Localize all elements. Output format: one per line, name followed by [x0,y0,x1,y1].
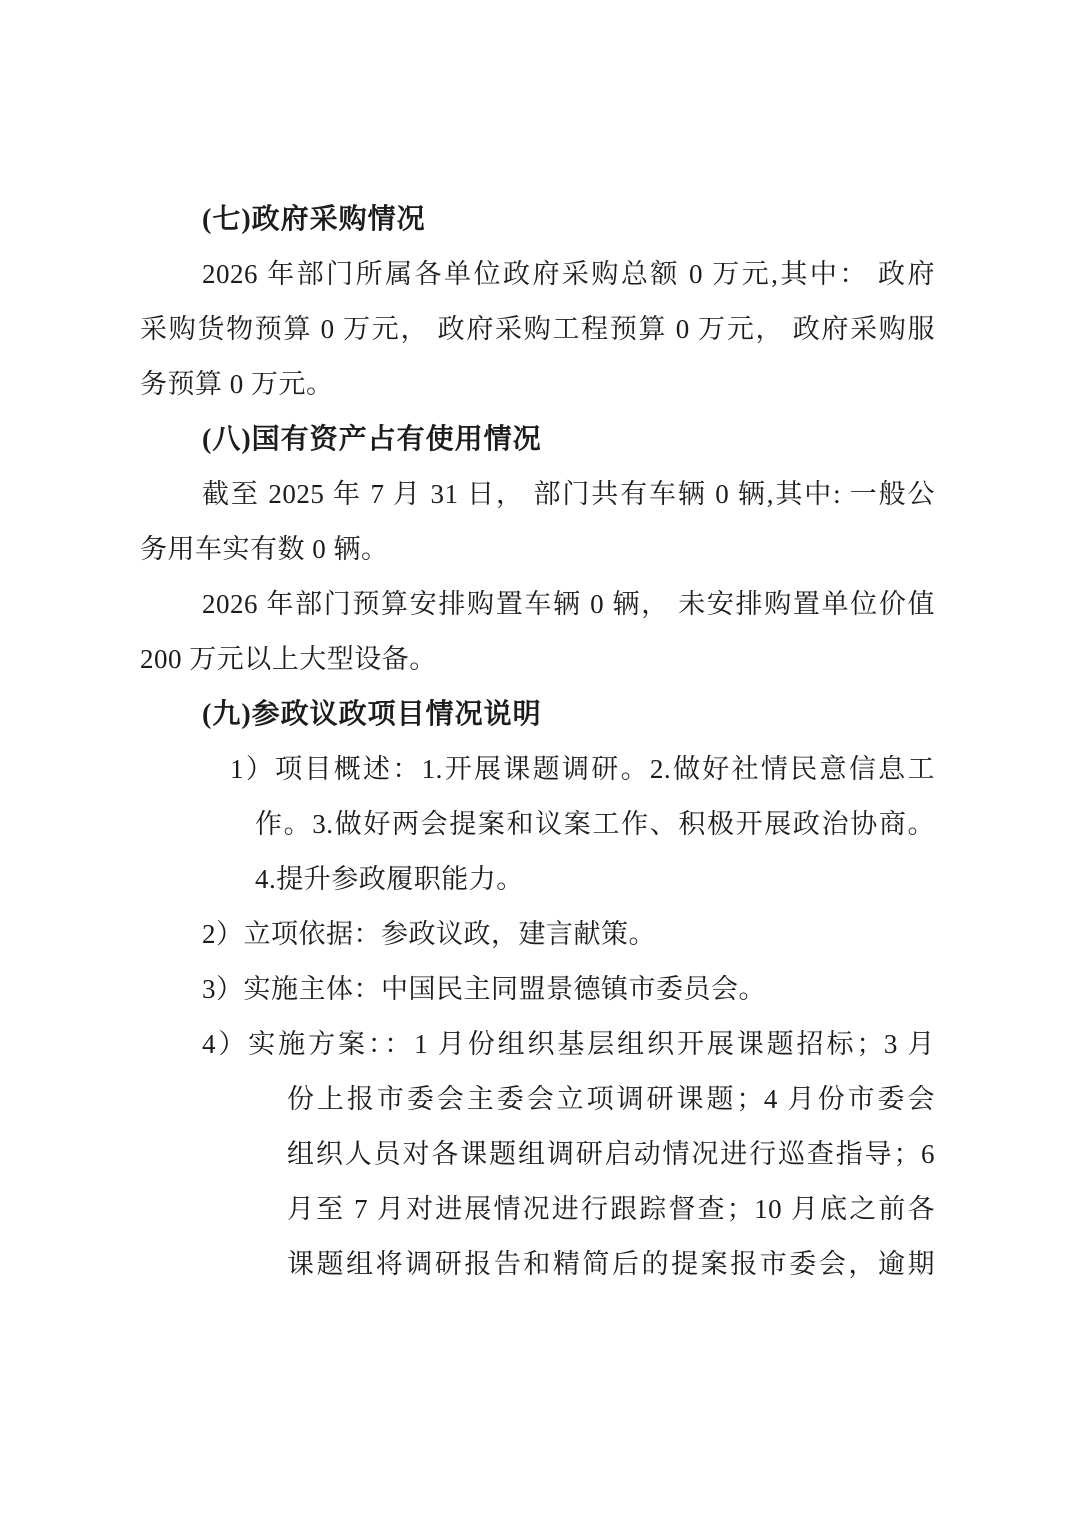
list-item-2-line: 2）立项依据：参政议政，建言献策。 [202,907,935,962]
paragraph-line: 2026 年部门预算安排购置车辆 0 辆， 未安排购置单位价值 [202,577,935,632]
document-body: (七)政府采购情况 2026 年部门所属各单位政府采购总额 0 万元,其中： 政… [140,192,935,1292]
paragraph-line: 200 万元以上大型设备。 [140,632,935,687]
list-item-1-line: 作。3.做好两会提案和议案工作、积极开展政治协商。 [255,797,935,852]
document-page: (七)政府采购情况 2026 年部门所属各单位政府采购总额 0 万元,其中： 政… [0,0,1074,1520]
list-item-4-line: 月至 7 月对进展情况进行跟踪督查；10 月底之前各 [287,1182,935,1237]
list-item-3-line: 3）实施主体：中国民主同盟景德镇市委员会。 [202,962,935,1017]
list-item-4-line: 组织人员对各课题组调研启动情况进行巡查指导；6 [287,1127,935,1182]
paragraph-line: 截至 2025 年 7 月 31 日， 部门共有车辆 0 辆,其中: 一般公 [202,467,935,522]
list-item-4-line: 份上报市委会主委会立项调研课题；4 月份市委会 [287,1072,935,1127]
list-item-4-line: 课题组将调研报告和精简后的提案报市委会，逾期 [287,1237,935,1292]
paragraph-line: 采购货物预算 0 万元， 政府采购工程预算 0 万元， 政府采购服 [140,302,935,357]
paragraph-line: 2026 年部门所属各单位政府采购总额 0 万元,其中： 政府 [202,247,935,302]
paragraph-line: 务用车实有数 0 辆。 [140,522,935,577]
list-item-4-line: 4）实施方案：：1 月份组织基层组织开展课题招标；3 月 [202,1017,935,1072]
section-heading-8: (八)国有资产占有使用情况 [202,412,935,467]
section-heading-7: (七)政府采购情况 [202,192,935,247]
paragraph-line: 务预算 0 万元。 [140,357,935,412]
section-heading-9: (九)参政议政项目情况说明 [202,687,935,742]
list-item-1-line: 4.提升参政履职能力。 [255,852,935,907]
list-item-1-line: 1）项目概述：1.开展课题调研。2.做好社情民意信息工 [230,742,935,797]
